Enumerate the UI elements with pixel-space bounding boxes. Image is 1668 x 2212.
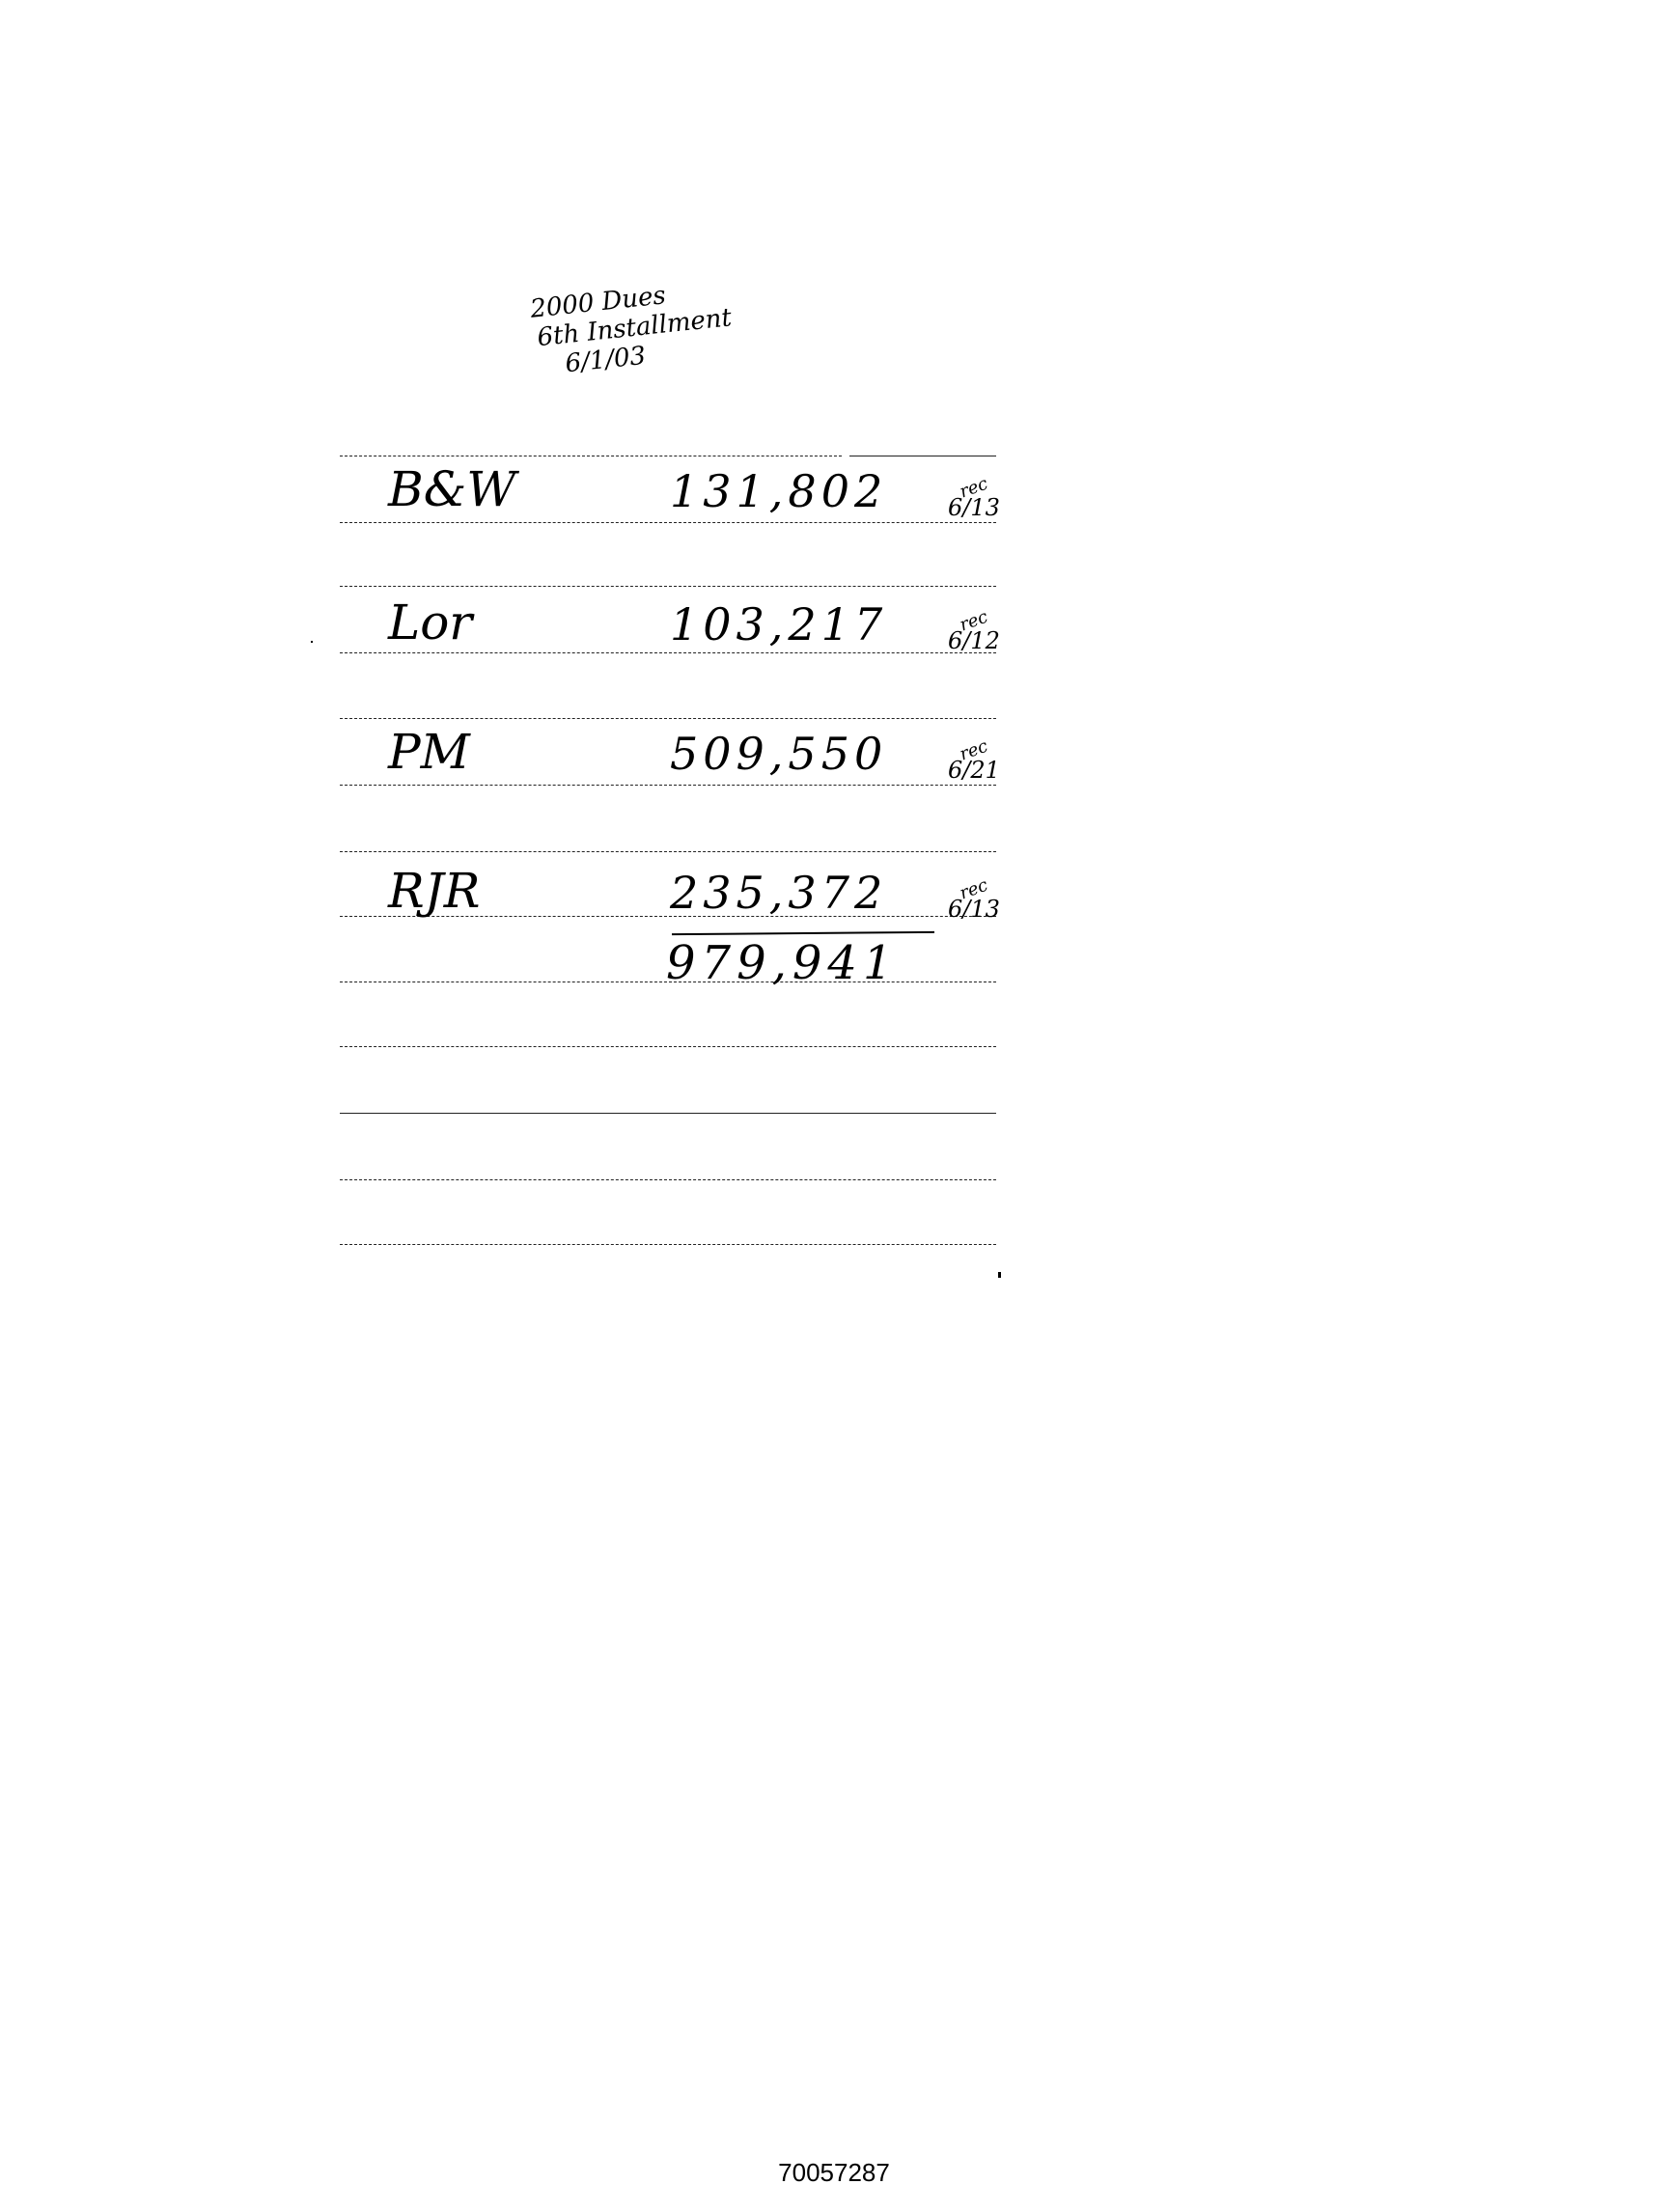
- ruled-line: [340, 1113, 996, 1114]
- ruled-line: [340, 1244, 996, 1245]
- note-header: 2000 Dues 6th Installment 6/1/03: [529, 274, 736, 381]
- ledger-entry: B&W 131,802 rec 6/13: [340, 446, 1015, 523]
- ledger-entry: PM 509,550 rec 6/21: [340, 708, 1015, 786]
- entry-received-note: rec 6/21: [948, 741, 1000, 780]
- entry-received-note: rec 6/13: [948, 479, 1000, 517]
- entry-amount: 131,802: [670, 465, 887, 517]
- sum-underline: [672, 931, 934, 935]
- entry-company: RJR: [388, 863, 480, 919]
- entry-company: PM: [388, 724, 470, 780]
- entry-amount: 509,550: [670, 728, 887, 780]
- entry-received-note: rec 6/13: [948, 880, 1000, 919]
- entry-amount: 103,217: [670, 598, 887, 650]
- entry-amount: 235,372: [670, 867, 887, 919]
- ledger-entry: RJR 235,372 rec 6/13: [340, 847, 1015, 925]
- scan-mark: [998, 1272, 1001, 1278]
- ruled-line: [340, 1046, 996, 1047]
- ruled-line: [340, 1179, 996, 1180]
- entry-received-note: rec 6/12: [948, 612, 1000, 650]
- entry-company: Lor: [388, 594, 472, 650]
- entry-company: B&W: [388, 461, 516, 517]
- scan-speck: [311, 641, 313, 643]
- total-amount: 979,941: [666, 936, 899, 990]
- document-id: 70057287: [0, 2158, 1668, 2188]
- ledger-entry: Lor 103,217 rec 6/12: [340, 579, 1015, 656]
